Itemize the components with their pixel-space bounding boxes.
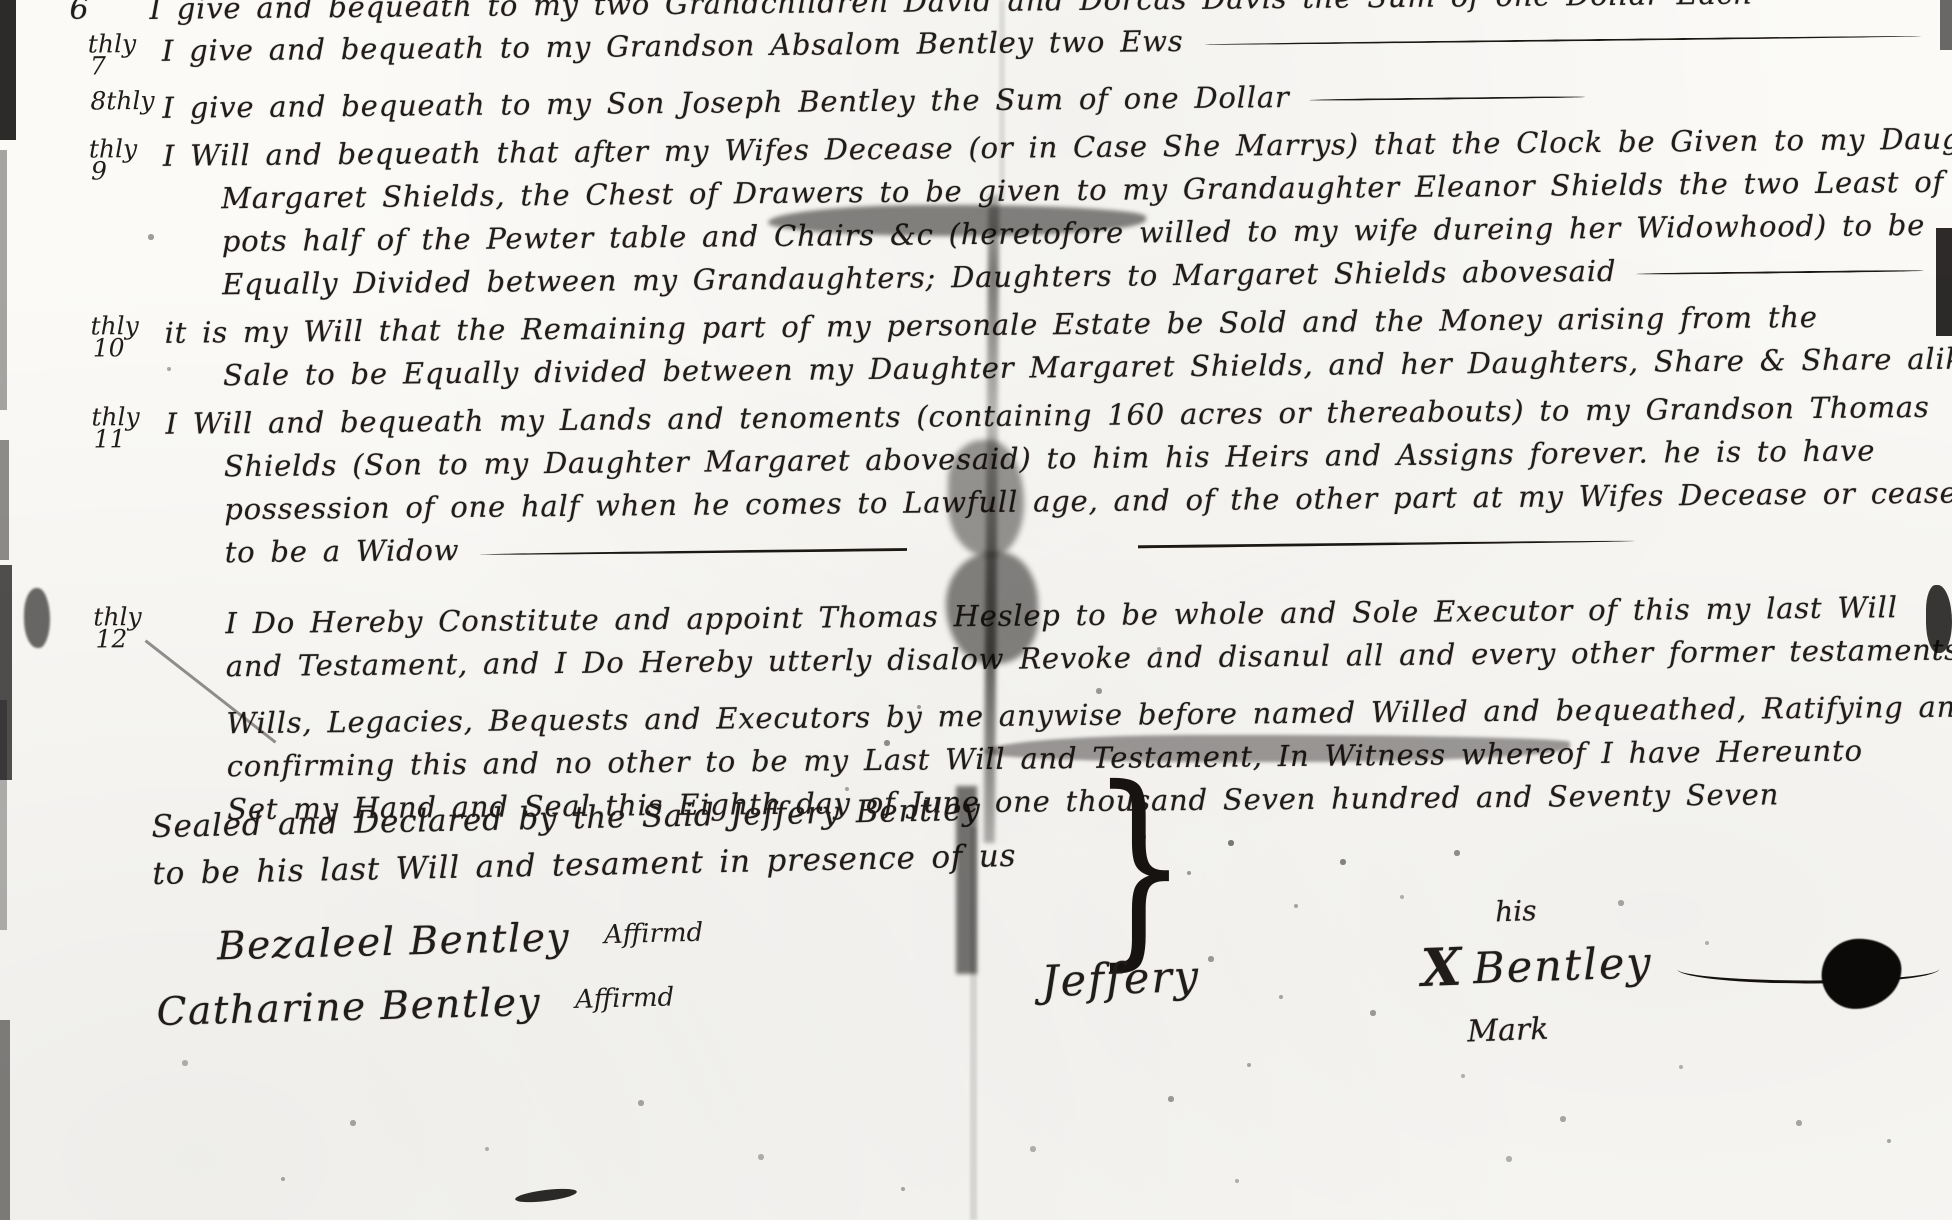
clause-number-suffix: thly [106,86,155,115]
clause-lines: I Do Hereby Constitute and appoint Thoma… [167,581,1937,827]
paper-edge-mark [1936,228,1952,336]
paper-edge-mark [1926,585,1952,653]
inked-rule [1204,35,1922,45]
clause-lines: it is my Will that the Remaining part of… [164,290,1933,393]
clause-line-text: I give and bequeath to my Grandson Absal… [162,24,1184,68]
paper-edge-mark [0,0,16,140]
clause-10: thly10it is my Will that the Remaining p… [90,290,1933,394]
inked-rule [1636,269,1924,274]
witness-affirmed-note: Affirmd [575,982,675,1015]
testator-mark: X [1420,937,1462,999]
fold-crease-vertical [999,0,1005,200]
paper-edge-mark [0,700,7,930]
ink-blob-seal [1820,937,1902,1010]
attestation-clause: Sealed and Declared by the Said Jeffery … [151,791,1017,903]
paper-edge-mark [0,1020,10,1220]
clause-number-value: 11 [92,428,166,451]
ink-smudge [768,205,1146,236]
testator-signature: Jeffery his X Bentley Mark [1027,882,1933,1103]
clause-line-text: I give and bequeath to my Son Joseph Ben… [162,80,1289,125]
clause-number: thly12 [93,598,169,828]
clause-number-value: 9 [89,160,163,183]
mark-label-his: his [1495,894,1537,928]
clause-line-text: to be a Widow [225,533,460,569]
clause-number: thly7 [88,25,162,78]
witness-signatures: Bezaleel BentleyAffirmdCatharine Bentley… [216,912,706,1053]
will-clauses: thly7I give and bequeath to my Grandson … [88,8,1938,833]
clause-number-value: 8 [88,86,106,115]
ink-smudge [946,552,1038,664]
clause-number: thly9 [89,130,165,303]
ink-speckles [0,0,2,2]
inked-rule [1310,95,1586,100]
witness-signature-row: Catharine BentleyAffirmd [156,976,706,1054]
scanned-will-page: 6 I give and bequeath to my two Grandchi… [0,0,1952,1220]
paper-edge-mark [24,588,50,648]
bottom-ink-mark [515,1186,578,1204]
clause-number-value: 10 [91,337,165,360]
witness-name: Bezaleel Bentley [216,915,570,969]
clause-number: 8thly [88,82,162,126]
paper-edge-mark [0,440,9,560]
clause-number: thly10 [90,307,165,394]
inked-rule [479,540,1634,557]
ink-smudge [956,786,977,974]
paper-edge-mark [1940,0,1952,50]
clause-number: thly11 [91,398,167,571]
paper-edge-mark [0,150,7,410]
ink-smudge [948,440,1024,556]
clause-number: 6 [69,0,149,27]
witness-affirmed-note: Affirmd [604,918,704,951]
testator-surname: Bentley [1472,938,1653,994]
clause-line-text: and Testament, and I Do Hereby utterly d… [226,633,1952,684]
clause-number-value: 7 [88,55,162,78]
mark-label-mark: Mark [1467,1012,1549,1050]
witness-name: Catharine Bentley [156,980,542,1035]
clause-lines: I Will and bequeath my Lands and tenomen… [165,381,1935,570]
testator-first-name: Jeffery [1040,952,1200,1008]
